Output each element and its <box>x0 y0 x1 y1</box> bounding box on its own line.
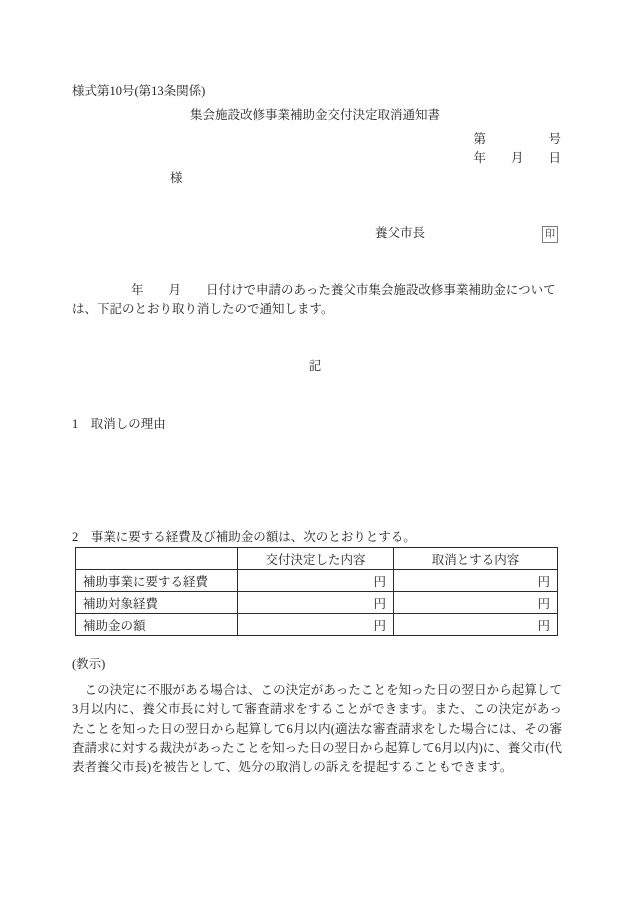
addressee-honorific: 様 <box>170 171 183 187</box>
row-subsidy-amount-cancelled: 円 <box>394 614 558 636</box>
body-paragraph-line2: は、下記のとおり取り消したので通知します。 <box>72 302 334 318</box>
row-eligible-cost-decided: 円 <box>238 592 394 614</box>
row-project-cost-cancelled: 円 <box>394 570 558 592</box>
table-header-row: 交付決定した内容 取消とする内容 <box>76 548 558 570</box>
row-label-eligible-cost: 補助対象経費 <box>76 592 238 614</box>
table-header-blank <box>76 548 238 570</box>
notice-paragraph: この決定に不服がある場合は、この決定があったことを知った日の翌日から起算して3月… <box>72 681 562 777</box>
row-label-subsidy-amount: 補助金の額 <box>76 614 238 636</box>
table-row: 補助金の額 円 円 <box>76 614 558 636</box>
table-row: 補助事業に要する経費 円 円 <box>76 570 558 592</box>
mayor-signature: 養父市長 <box>375 226 425 242</box>
document-number-line: 第 号 <box>473 132 561 148</box>
table-header-cancelled: 取消とする内容 <box>394 548 558 570</box>
body-paragraph-line1: 年 月 日付けで申請のあった養父市集会施設改修事業補助金について <box>131 283 556 299</box>
form-number: 様式第10号(第13条関係) <box>72 84 205 100</box>
table-row: 補助対象経費 円 円 <box>76 592 558 614</box>
row-eligible-cost-cancelled: 円 <box>394 592 558 614</box>
cost-table: 交付決定した内容 取消とする内容 補助事業に要する経費 円 円 補助対象経費 円… <box>75 547 558 636</box>
row-subsidy-amount-decided: 円 <box>238 614 394 636</box>
notice-heading: (教示) <box>72 657 105 673</box>
record-marker: 記 <box>0 359 630 375</box>
document-title: 集会施設改修事業補助金交付決定取消通知書 <box>0 108 630 124</box>
document-page: 様式第10号(第13条関係) 集会施設改修事業補助金交付決定取消通知書 第 号 … <box>0 0 630 915</box>
row-project-cost-decided: 円 <box>238 570 394 592</box>
document-date-line: 年 月 日 <box>473 151 561 167</box>
table-header-decided: 交付決定した内容 <box>238 548 394 570</box>
section-1-heading: 1 取消しの理由 <box>72 417 166 433</box>
seal-icon: 印 <box>542 226 558 243</box>
row-label-project-cost: 補助事業に要する経費 <box>76 570 238 592</box>
section-2-heading: 2 事業に要する経費及び補助金の額は、次のとおりとする。 <box>72 530 416 546</box>
